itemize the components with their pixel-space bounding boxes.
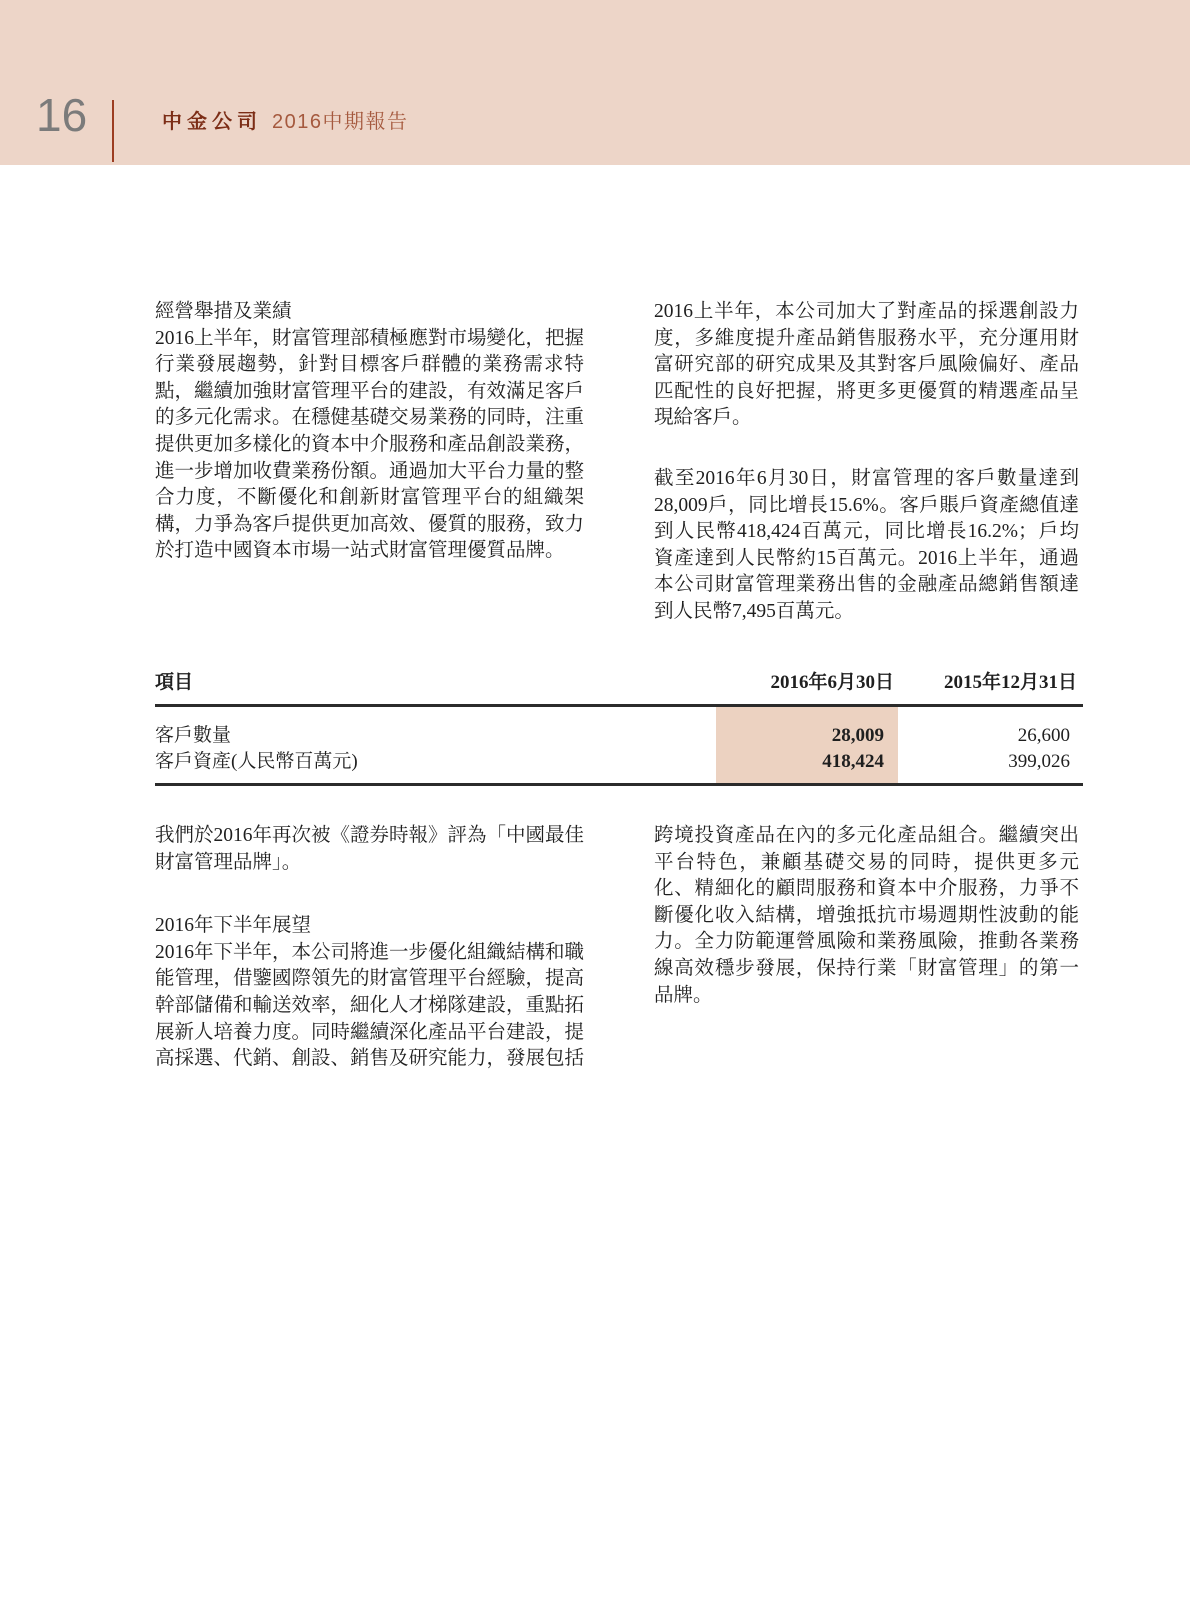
metrics-table: 項目 2016年6月30日 2015年12月31日 客戶數量 28,009 26…: [155, 664, 1083, 786]
section-heading-outlook: 2016年下半年展望: [155, 913, 584, 940]
paragraph-award: 我們於2016年再次被《證券時報》評為「中國最佳財富管理品牌」。: [155, 823, 584, 876]
col-header-2016: 2016年6月30日: [716, 670, 898, 696]
col-header-2015: 2015年12月31日: [898, 670, 1083, 696]
paragraph-operations: 2016上半年，財富管理部積極應對市場變化，把握行業發展趨勢，針對目標客戶群體的…: [155, 326, 584, 565]
row-label: 客戶資產(人民幣百萬元): [155, 749, 716, 775]
outlook-block: 2016年下半年展望 2016年下半年，本公司將進一步優化組織結構和職能管理，借…: [155, 913, 584, 1073]
table-body: 客戶數量 28,009 26,600 客戶資產(人民幣百萬元) 418,424 …: [155, 707, 1083, 786]
row-value-2016: 418,424: [716, 749, 898, 775]
paragraph-outlook: 2016年下半年，本公司將進一步優化組織結構和職能管理，借鑒國際領先的財富管理平…: [155, 940, 584, 1073]
col-header-item: 項目: [155, 670, 716, 696]
header-divider: [112, 100, 114, 162]
table-row-assets: 客戶資產(人民幣百萬元) 418,424 399,026: [155, 749, 1083, 775]
row-value-2016: 28,009: [716, 723, 898, 749]
report-page: { "header": { "page_number": "16", "comp…: [0, 0, 1190, 1615]
table-row-clients: 客戶數量 28,009 26,600: [155, 723, 1083, 749]
section-operations: 經營舉措及業績 2016上半年，財富管理部積極應對市場變化，把握行業發展趨勢，針…: [155, 299, 584, 565]
paragraph-client-metrics: 截至2016年6月30日，財富管理的客戶數量達到28,009戶，同比增長15.6…: [654, 466, 1079, 626]
row-value-2015: 399,026: [898, 749, 1083, 775]
report-header: 中金公司2016中期報告: [162, 110, 409, 134]
company-name: 中金公司: [162, 111, 262, 133]
page-number: 16: [36, 92, 87, 138]
paragraph-product-selection: 2016上半年，本公司加大了對產品的採選創設力度，多維度提升產品銷售服務水平，充…: [654, 299, 1079, 432]
report-title: 2016中期報告: [272, 111, 409, 133]
paragraph-outlook-continued: 跨境投資產品在內的多元化產品組合。繼續突出平台特色，兼顧基礎交易的同時，提供更多…: [654, 823, 1079, 1009]
table-header-row: 項目 2016年6月30日 2015年12月31日: [155, 664, 1083, 707]
row-label: 客戶數量: [155, 723, 716, 749]
page-header-band: [0, 0, 1190, 165]
row-value-2015: 26,600: [898, 723, 1083, 749]
section-award-and-outlook: 我們於2016年再次被《證券時報》評為「中國最佳財富管理品牌」。 2016年下半…: [155, 823, 584, 1073]
section-heading-operations: 經營舉措及業績: [155, 299, 584, 326]
